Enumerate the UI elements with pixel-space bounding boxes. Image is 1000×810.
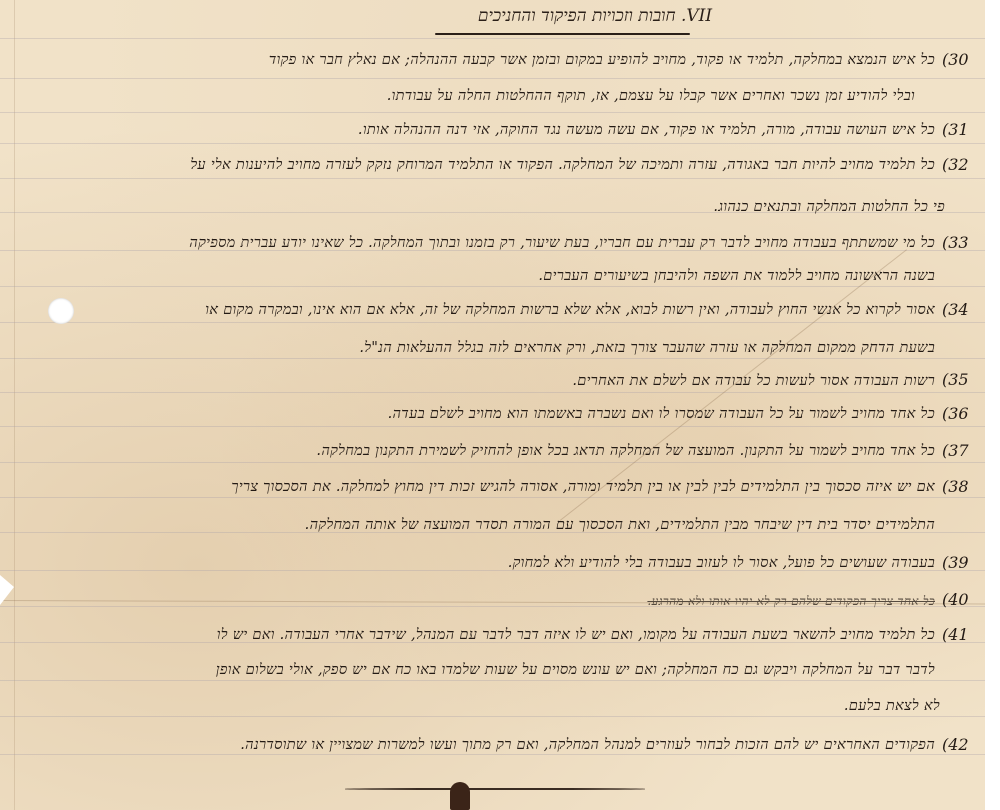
- ruled-line: [0, 78, 985, 79]
- clause-line: בשנה הראשונה מחויב ללמוד את השפה ולהיבחן…: [455, 268, 935, 285]
- ruled-line: [0, 462, 985, 463]
- bottom-divider: [345, 788, 645, 790]
- ruled-line: [0, 358, 985, 359]
- clause-line: כל איש הנמצא במחלקה, תלמיד או פקוד, מחוי…: [20, 52, 935, 69]
- ruled-line: [0, 322, 985, 323]
- ruled-line: [0, 426, 985, 427]
- clause-line: לדבר דבר על המחלקה ויבקש גם כח המחלקה; ו…: [15, 662, 935, 679]
- ruled-line: [0, 680, 985, 681]
- ruled-line: [0, 392, 985, 393]
- clause-number: (34: [942, 300, 969, 319]
- clause-line: ובלי להודיע זמן נשכר ואחרים אשר קבלו על …: [330, 88, 915, 105]
- page-edge: [985, 0, 1000, 810]
- clause-line: כל תלמיד מחויב להשאר בשעת העבודה על מקומ…: [25, 627, 935, 644]
- clause-number: (40: [942, 590, 969, 609]
- clause-line-struck: כל אחד צריך הפקודים שלהם רק לא יהיו אותו…: [400, 594, 935, 609]
- clause-line: כל מי שמשתתף בעבודה מחויב לדבר רק עברית …: [35, 235, 935, 252]
- ruled-line: [0, 112, 985, 113]
- clause-number: (32: [942, 155, 969, 174]
- section-title: VII. חובות וזכויות הפיקוד והחניכים: [430, 6, 760, 26]
- clause-line: כל אחד מחויב לשמור על כל העבודה שמסרו לו…: [290, 406, 935, 423]
- clause-line: אם יש איזה סכסוך בין התלמידים לבין לבין …: [15, 479, 935, 496]
- clause-number: (30: [942, 50, 969, 69]
- ink-blot: [450, 782, 470, 810]
- document-page: VII. חובות וזכויות הפיקוד והחניכים (30 כ…: [0, 0, 987, 810]
- clause-number: (36: [942, 404, 969, 423]
- ruled-line: [0, 716, 985, 717]
- clause-line: הפקודים האחראים יש להם הזכות לבחור לעוזר…: [25, 737, 935, 754]
- punch-hole: [48, 298, 74, 324]
- margin-line: [14, 0, 15, 810]
- title-underline: [435, 33, 690, 35]
- clause-number: (33: [942, 233, 969, 252]
- clause-line: בעבודה שעושים כל פועל, אסור לו לעזוב בעב…: [350, 555, 935, 572]
- clause-line: אסור לקרוא כל אנשי החוץ לעבודה, ואין רשו…: [30, 302, 935, 319]
- clause-number: (38: [942, 477, 969, 496]
- clause-number: (41: [942, 625, 969, 644]
- ruled-line: [0, 754, 985, 755]
- clause-number: (42: [942, 735, 969, 754]
- clause-line: פי כל החלטות המחלקה ובתנאים כנהוג.: [505, 199, 945, 216]
- clause-number: (35: [942, 370, 969, 389]
- clause-line: כל תלמיד מחויב להיות חבר באגודה, עזרה ות…: [15, 157, 935, 174]
- ruled-line: [0, 38, 985, 39]
- ruled-line: [0, 143, 985, 144]
- section-title-text: חובות וזכויות הפיקוד והחניכים: [478, 6, 676, 26]
- clause-number: (39: [942, 553, 969, 572]
- clause-number: (37: [942, 441, 969, 460]
- ruled-line: [0, 178, 985, 179]
- clause-line: לא לצאת בלעם.: [800, 698, 940, 715]
- clause-number: (31: [942, 120, 969, 139]
- clause-line: כל אחד מחויב לשמור על התקנון. המועצה של …: [160, 443, 935, 460]
- clause-line: רשות העבודה אסור לעשות כל עבודה אם לשלם …: [490, 373, 935, 390]
- clause-line: בשעת הדחק ממקום המחלקה או עזרה שהעבר צור…: [250, 340, 935, 357]
- ruled-line: [0, 497, 985, 498]
- clause-line: התלמידים יסדר בית דין שיבחר מבין התלמידי…: [155, 517, 935, 534]
- clause-line: כל איש העושה עבודה, מורה, תלמיד או פקוד,…: [180, 122, 935, 139]
- section-number: VII.: [681, 6, 712, 26]
- ruled-line: [0, 286, 985, 287]
